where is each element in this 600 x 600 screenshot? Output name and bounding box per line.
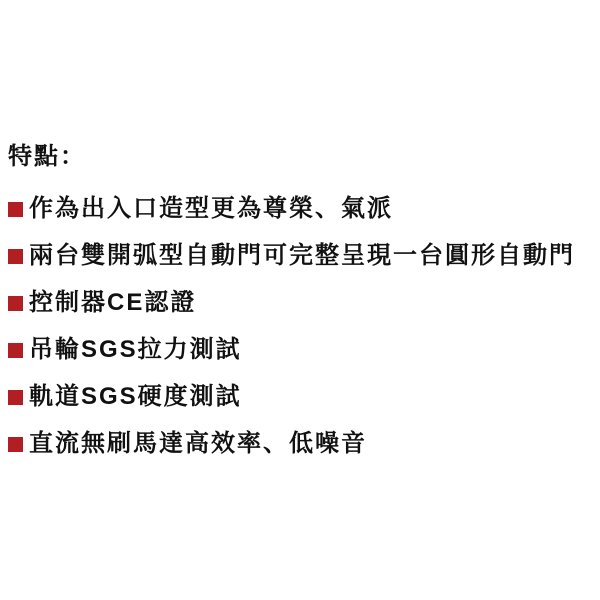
square-bullet-icon xyxy=(8,390,23,405)
square-bullet-icon xyxy=(8,249,23,264)
feature-list-item: 吊輪SGS拉力測試 xyxy=(8,337,592,363)
feature-list: 作為出入口造型更為尊榮、氣派 兩台雙開弧型自動門可完整呈現一台圓形自動門 控制器… xyxy=(8,196,592,457)
feature-item-label: 直流無刷馬達高效率、低噪音 xyxy=(29,431,367,457)
feature-list-item: 控制器CE認證 xyxy=(8,290,592,316)
feature-list-item: 直流無刷馬達高效率、低噪音 xyxy=(8,431,592,457)
feature-item-label: 兩台雙開弧型自動門可完整呈現一台圓形自動門 xyxy=(29,243,575,269)
feature-item-label: 控制器CE認證 xyxy=(29,290,196,316)
document-page: 特點： 作為出入口造型更為尊榮、氣派 兩台雙開弧型自動門可完整呈現一台圓形自動門… xyxy=(0,0,600,600)
square-bullet-icon xyxy=(8,437,23,452)
feature-list-item: 軌道SGS硬度測試 xyxy=(8,384,592,410)
section-title: 特點： xyxy=(8,143,592,170)
feature-item-label: 作為出入口造型更為尊榮、氣派 xyxy=(29,196,393,222)
feature-section: 特點： 作為出入口造型更為尊榮、氣派 兩台雙開弧型自動門可完整呈現一台圓形自動門… xyxy=(0,0,600,457)
feature-item-label: 軌道SGS硬度測試 xyxy=(29,384,242,410)
feature-item-label: 吊輪SGS拉力測試 xyxy=(29,337,242,363)
square-bullet-icon xyxy=(8,296,23,311)
square-bullet-icon xyxy=(8,343,23,358)
feature-list-item: 兩台雙開弧型自動門可完整呈現一台圓形自動門 xyxy=(8,243,592,269)
feature-list-item: 作為出入口造型更為尊榮、氣派 xyxy=(8,196,592,222)
square-bullet-icon xyxy=(8,202,23,217)
